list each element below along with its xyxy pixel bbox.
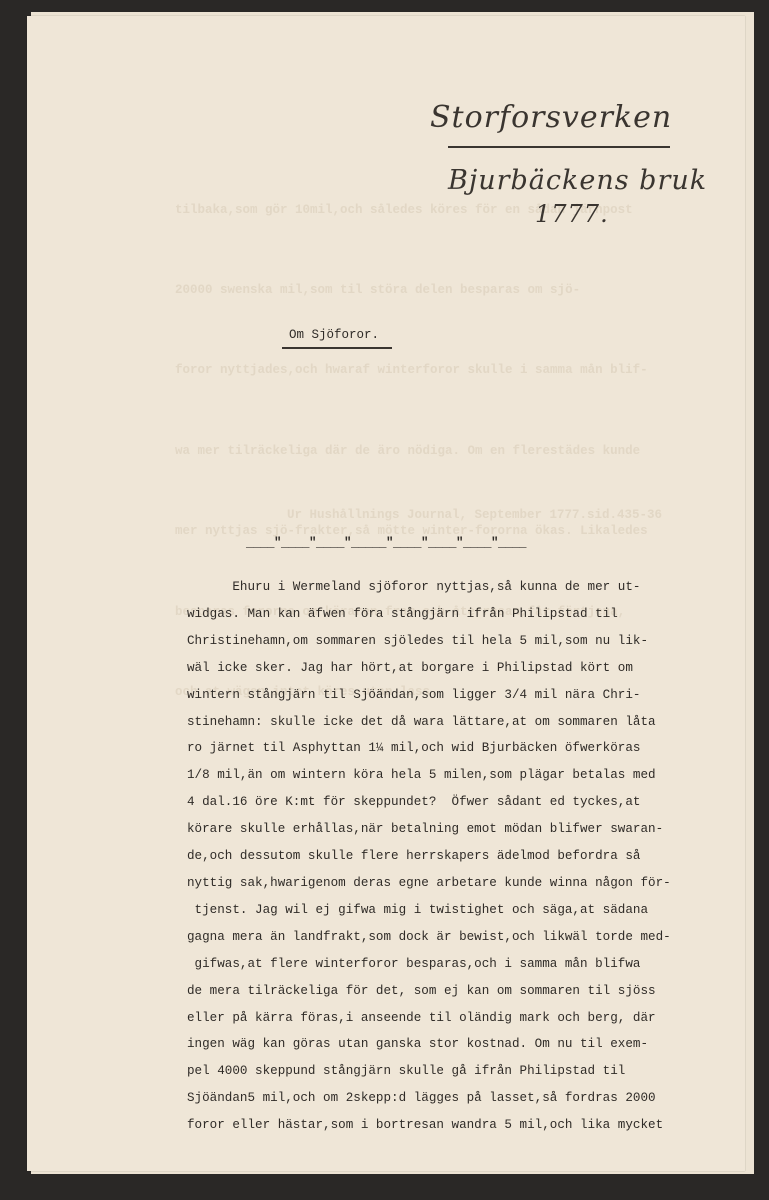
body-line: wintern stångjärn til Sjöändan,som ligge… xyxy=(187,682,707,709)
body-line: gagna mera än landfrakt,som dock är bewi… xyxy=(187,924,707,951)
body-line: widgas. Man kan äfwen föra stångjärn ifr… xyxy=(187,601,707,628)
body-text: Ehuru i Wermeland sjöforor nyttjas,så ku… xyxy=(187,574,707,1139)
typed-divider: ____"____"____"_____"____"____"____"____ xyxy=(246,536,526,550)
body-line: de mera tilräckeliga för det, som ej kan… xyxy=(187,978,707,1005)
body-line: wäl icke sker. Jag har hört,at borgare i… xyxy=(187,655,707,682)
handwritten-subheading: Bjurbäckens bruk xyxy=(448,165,707,196)
body-line: Christinehamn,om sommaren sjöledes til h… xyxy=(187,628,707,655)
body-line: ingen wäg kan göras utan ganska stor kos… xyxy=(187,1031,707,1058)
title-underline xyxy=(282,347,392,349)
body-line: foror eller hästar,som i bortresan wandr… xyxy=(187,1112,707,1139)
body-line: ro järnet til Asphyttan 1¼ mil,och wid B… xyxy=(187,735,707,762)
handwritten-heading: Storforsverken xyxy=(430,100,672,135)
body-line: de,och dessutom skulle flere herrskapers… xyxy=(187,843,707,870)
handwritten-year: 1777. xyxy=(535,200,609,228)
body-line: 4 dal.16 öre K:mt för skeppundet? Öfwer … xyxy=(187,789,707,816)
body-line: Sjöändan5 mil,och om 2skepp:d lägges på … xyxy=(187,1085,707,1112)
handwritten-underline xyxy=(448,146,670,148)
body-line: nyttig sak,hwarigenom deras egne arbetar… xyxy=(187,870,707,897)
body-line: gifwas,at flere winterforor besparas,och… xyxy=(187,951,707,978)
body-line: 1/8 mil,än om wintern köra hela 5 milen,… xyxy=(187,762,707,789)
body-line: körare skulle erhållas,när betalning emo… xyxy=(187,816,707,843)
body-line: tjenst. Jag wil ej gifwa mig i twistighe… xyxy=(187,897,707,924)
document-title: Om Sjöforor. xyxy=(289,328,379,342)
body-line: eller på kärra föras,i anseende til olän… xyxy=(187,1005,707,1032)
body-line: stinehamn: skulle icke det då wara lätta… xyxy=(187,709,707,736)
body-line: Ehuru i Wermeland sjöforor nyttjas,så ku… xyxy=(187,574,707,601)
body-line: pel 4000 skeppund stångjärn skulle gå if… xyxy=(187,1058,707,1085)
bleed-source-line: Ur Hushållnings Journal, September 1777.… xyxy=(287,508,662,522)
